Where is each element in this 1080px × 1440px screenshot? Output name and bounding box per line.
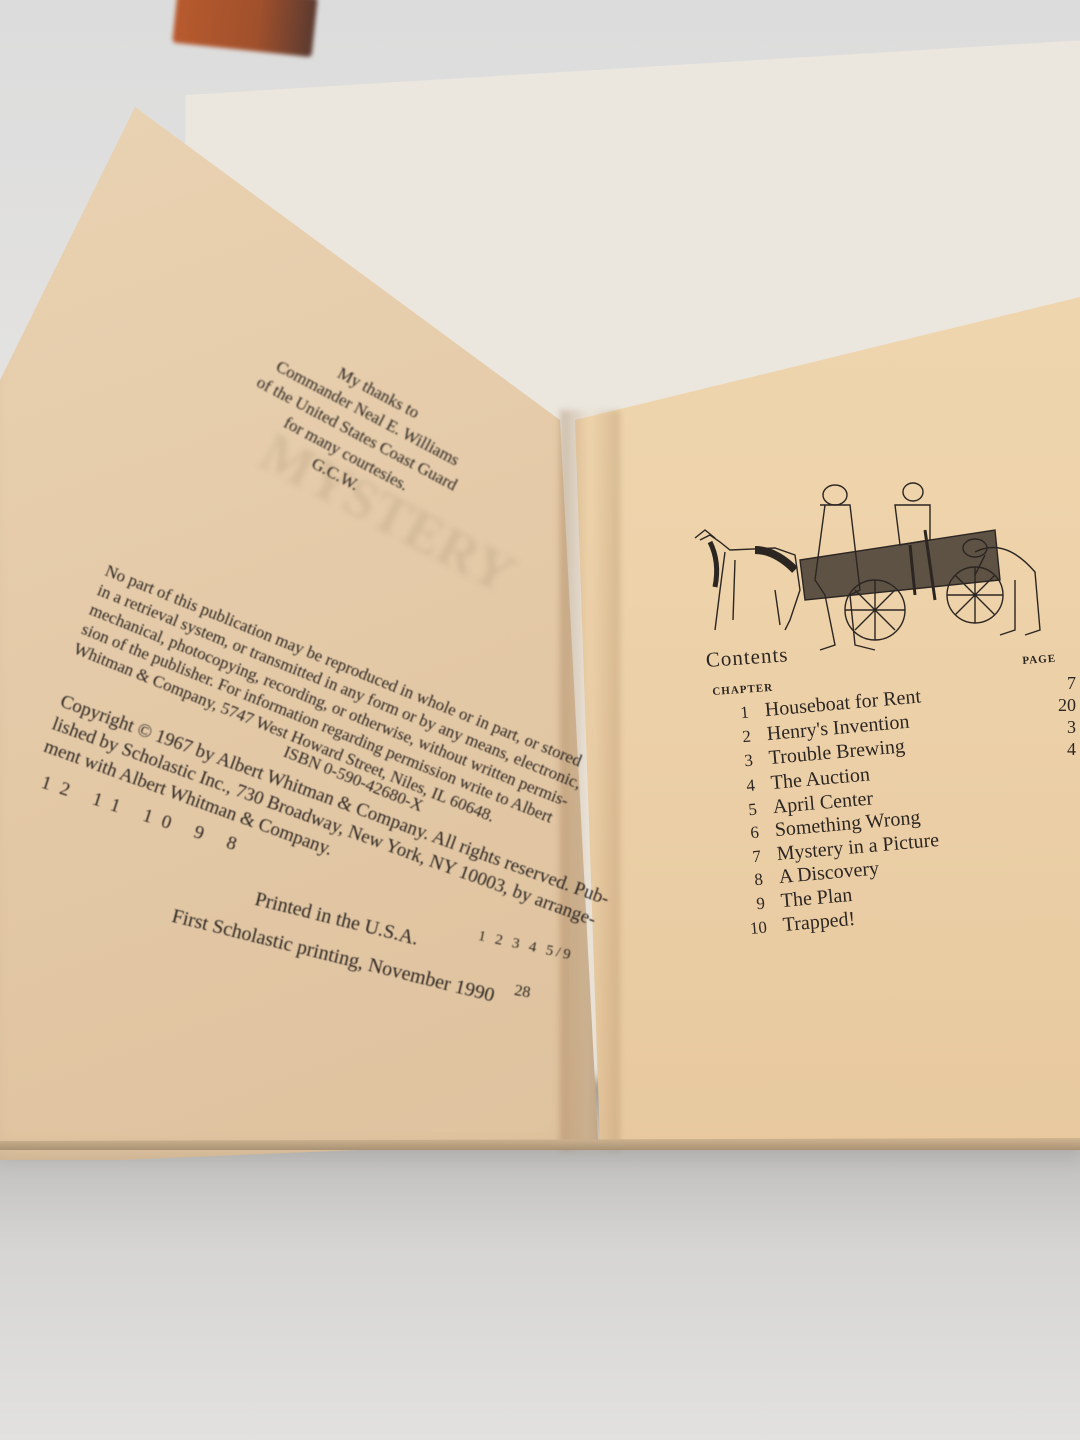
chapter-number: 9 <box>736 894 766 916</box>
chapter-number: 5 <box>728 800 758 822</box>
horse-cart-illustration <box>685 480 1065 660</box>
page-number: 4 <box>1050 738 1076 760</box>
page-number: 3 <box>1050 716 1076 738</box>
chapter-number: 6 <box>730 823 760 845</box>
page-number: 20 <box>1050 694 1076 716</box>
chapter-number: 7 <box>732 847 762 869</box>
chapter-number: 4 <box>726 776 756 798</box>
page-code: 28 <box>513 982 532 1003</box>
chapter-number: 2 <box>722 727 752 749</box>
chapter-number: 10 <box>738 918 768 940</box>
book-cover-peek <box>172 0 318 57</box>
page-numbers-column: 7 20 3 4 <box>1050 672 1076 760</box>
page-number: 7 <box>1050 672 1076 694</box>
chapter-number: 8 <box>734 870 764 892</box>
chapter-number: 3 <box>724 751 754 773</box>
chapter-number: 1 <box>720 703 750 725</box>
page-column-label: PAGE <box>1022 653 1057 667</box>
